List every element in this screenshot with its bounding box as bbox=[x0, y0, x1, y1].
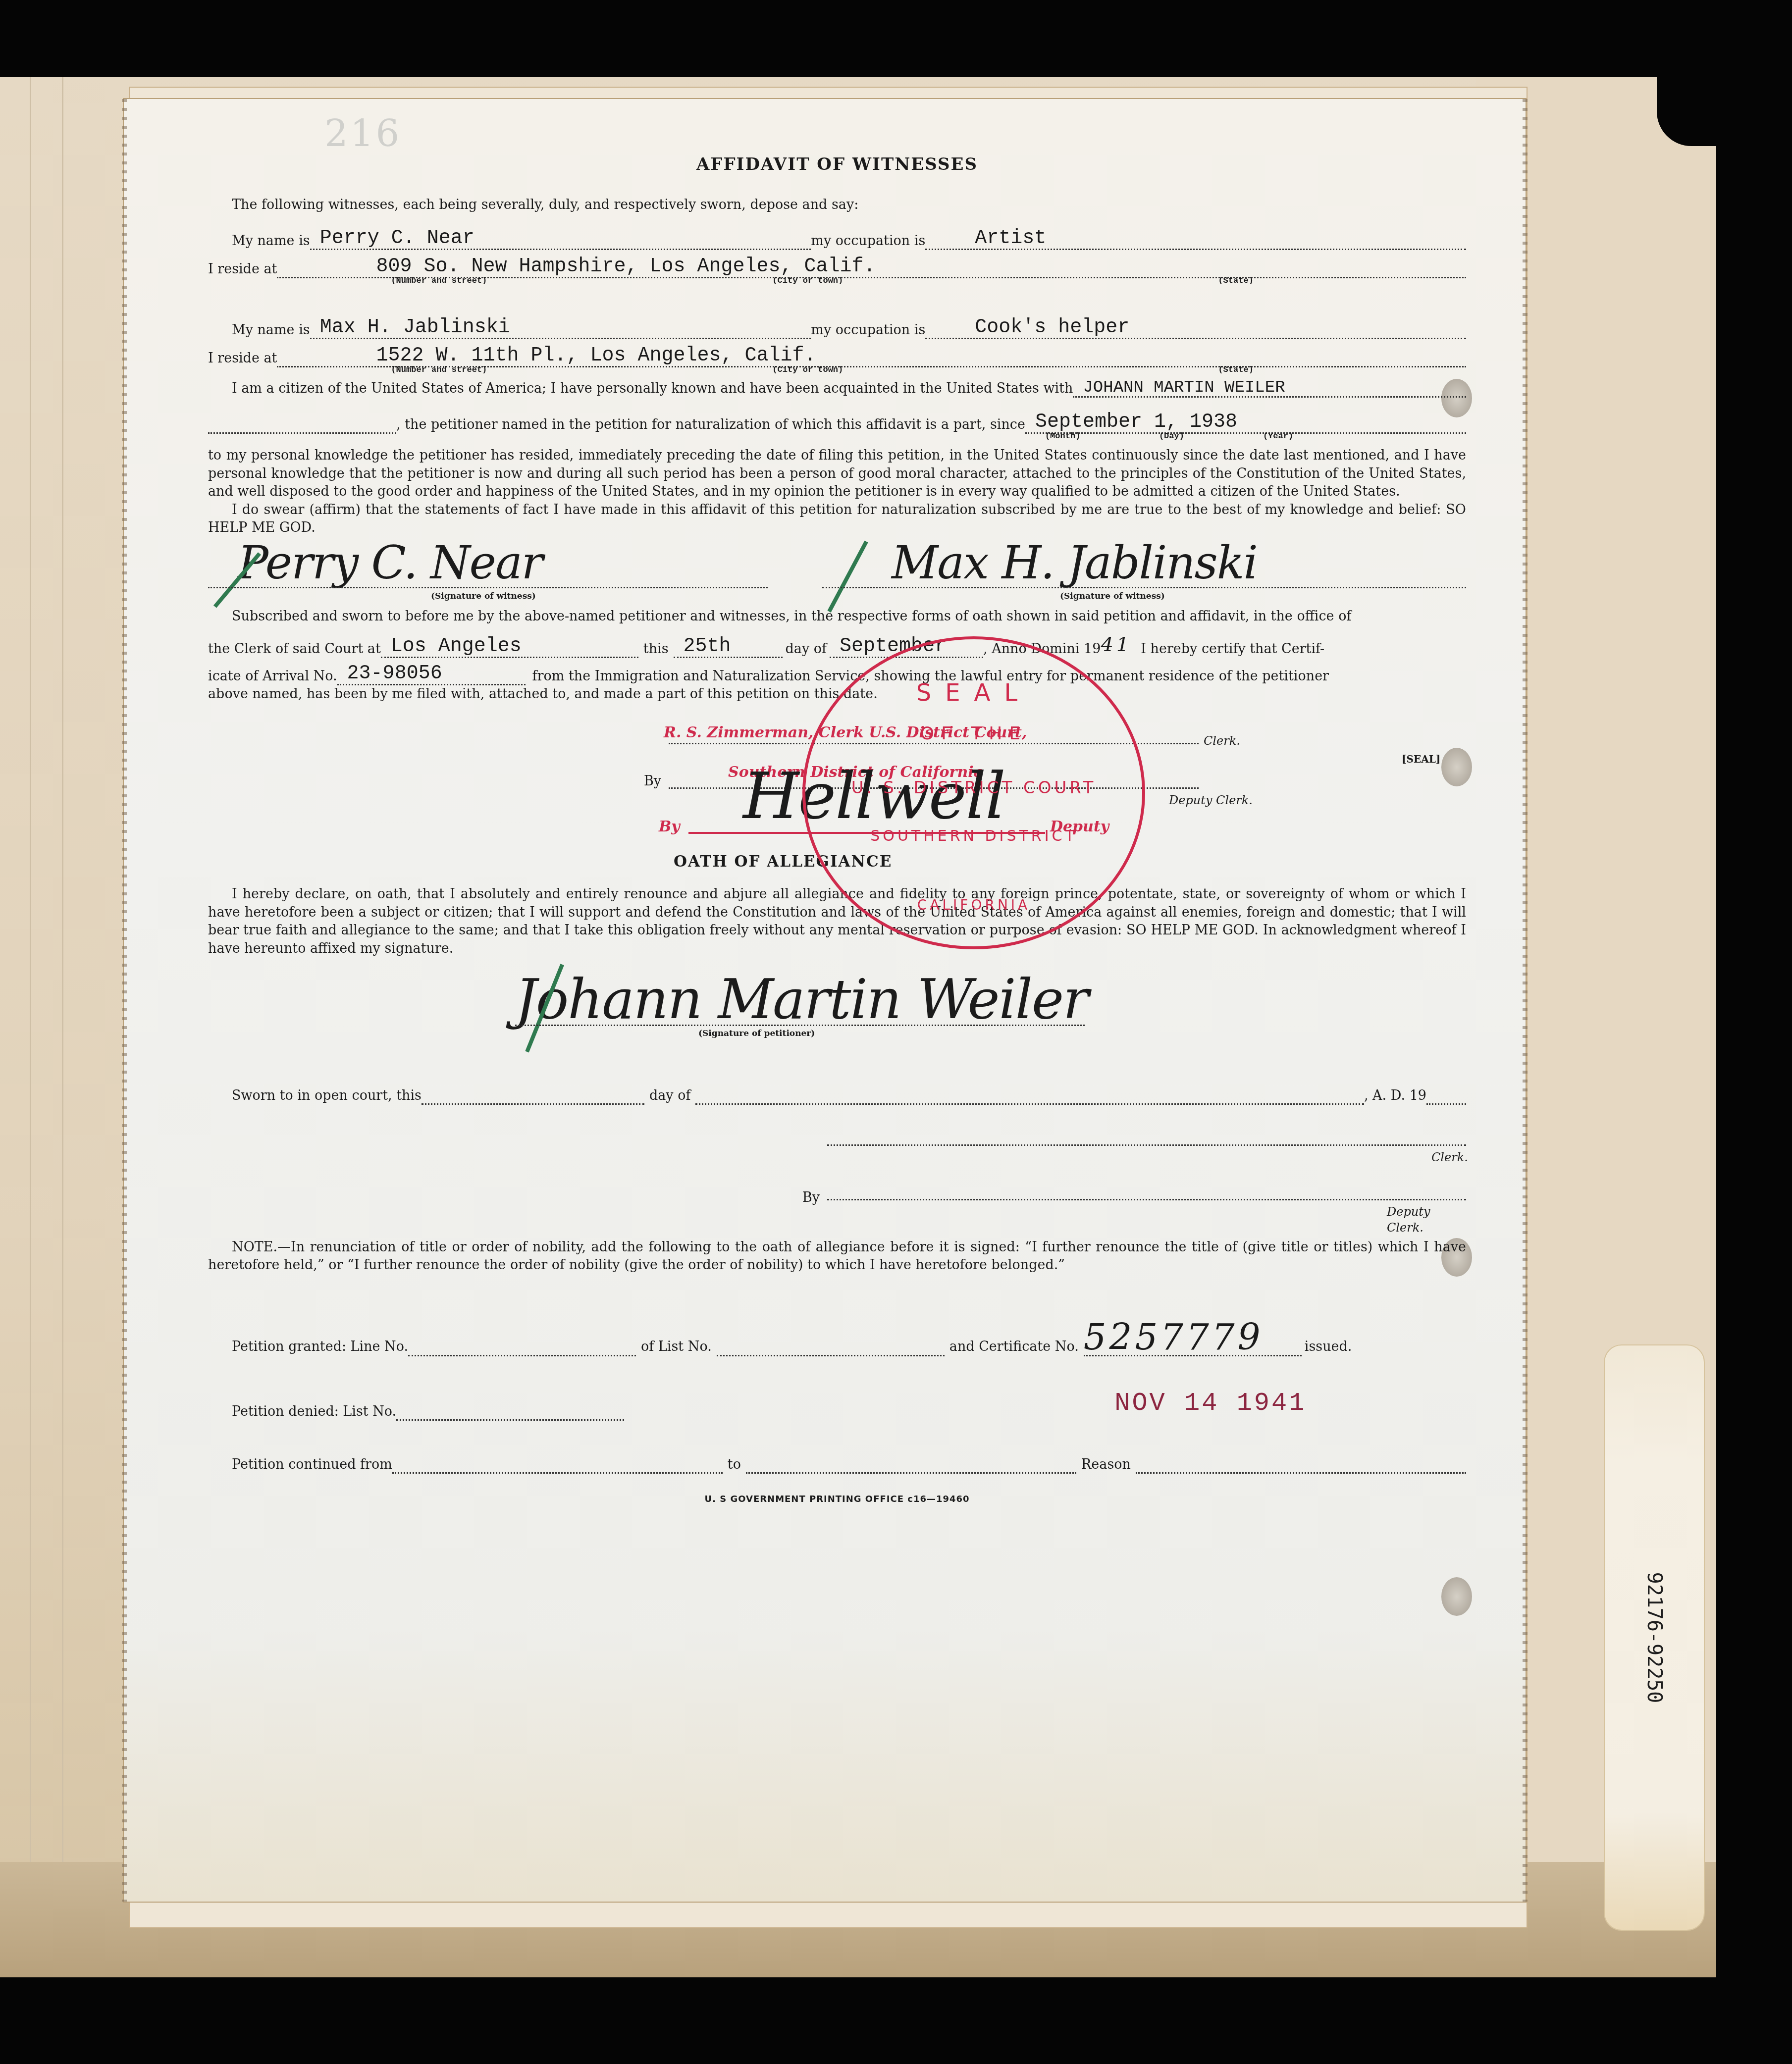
caption-city: (City or town) bbox=[772, 366, 843, 374]
certify-text: I hereby certify that Certif- bbox=[1132, 640, 1324, 658]
naturalization-document: 216 AFFIDAVIT OF WITNESSES The following… bbox=[124, 99, 1526, 1902]
granted-list-field[interactable] bbox=[717, 1338, 945, 1356]
sworn-label: Sworn to in open court, this bbox=[208, 1087, 422, 1105]
sworn-ad-label: , A. D. 19 bbox=[1364, 1087, 1426, 1105]
affidavit-title: AFFIDAVIT OF WITNESSES bbox=[208, 154, 1466, 176]
sworn-deputy-clerk-label: Deputy Clerk. bbox=[1387, 1204, 1466, 1236]
sworn-clerk-block: Clerk. By Deputy Clerk. bbox=[208, 1105, 1466, 1219]
caption-witness-signature: (Signature of witness) bbox=[1060, 591, 1165, 602]
citizen-statement: I am a citizen of the United States of A… bbox=[208, 380, 1073, 398]
gpo-footer: U. S GOVERNMENT PRINTING OFFICE c16—1946… bbox=[208, 1494, 1466, 1505]
date-stamp: NOV 14 1941 bbox=[1114, 1386, 1306, 1421]
blank-field[interactable] bbox=[208, 415, 396, 434]
caption-state: (State) bbox=[1218, 366, 1253, 374]
by-label: By bbox=[644, 773, 661, 790]
clerk-label: Clerk. bbox=[1204, 733, 1240, 749]
caption-petitioner-signature: (Signature of petitioner) bbox=[698, 1028, 815, 1039]
subscribed-statement: Subscribed and sworn to before me by the… bbox=[208, 608, 1466, 625]
folder-crease bbox=[62, 77, 63, 1977]
of-list-label: of List No. bbox=[636, 1338, 717, 1356]
sworn-month-field[interactable] bbox=[695, 1086, 1364, 1105]
note-lead: NOTE. bbox=[232, 1239, 277, 1255]
caption-witness-signature: (Signature of witness) bbox=[431, 591, 536, 602]
continued-label: Petition continued from bbox=[208, 1456, 392, 1474]
caption-number-street: (Number and street) bbox=[391, 277, 487, 285]
certificate-number-field[interactable]: 5257779 bbox=[1084, 1319, 1302, 1356]
witness-2-address-field[interactable]: 1522 W. 11th Pl., Los Angeles, Calif. (N… bbox=[277, 346, 1466, 367]
witness-1-name-row: My name is Perry C. Near my occupation i… bbox=[208, 229, 1466, 250]
petitioner-signature-block: Johann Martin Weiler (Signature of petit… bbox=[208, 958, 1466, 1057]
granted-label: Petition granted: Line No. bbox=[208, 1338, 408, 1356]
reason-label: Reason bbox=[1076, 1456, 1136, 1474]
seal-state: CALIFORNIA bbox=[805, 897, 1142, 913]
witness-1-address-row: I reside at 809 So. New Hampshire, Los A… bbox=[208, 257, 1466, 278]
left-perforation bbox=[122, 99, 127, 1902]
sworn-year-field[interactable] bbox=[1426, 1086, 1466, 1105]
right-perforation bbox=[1523, 99, 1528, 1902]
clerk-at-label: the Clerk of said Court at bbox=[208, 640, 381, 658]
sworn-day-of-label: day of bbox=[644, 1087, 695, 1105]
caption-year: (Year) bbox=[1263, 432, 1293, 441]
witness-signatures: Perry C. Near Max H. Jablinski (Signatur… bbox=[208, 537, 1466, 602]
petitioner-name-field[interactable]: JOHANN MARTIN WEILER bbox=[1073, 379, 1466, 398]
green-check-mark bbox=[827, 540, 868, 612]
witness-2-signature-line bbox=[822, 587, 1466, 588]
court-seal-stamp: SEAL OF THE U. S. DISTRICT COURT SOUTHER… bbox=[802, 636, 1145, 949]
sworn-by-label: By bbox=[802, 1189, 820, 1207]
caption-state: (State) bbox=[1218, 277, 1253, 285]
clerk-at-row: the Clerk of said Court at Los Angeles t… bbox=[208, 631, 1466, 658]
petitioner-named-text: , the petitioner named in the petition f… bbox=[396, 416, 1025, 434]
denied-list-field[interactable] bbox=[396, 1402, 624, 1421]
binder-hole bbox=[1441, 1577, 1472, 1616]
granted-line-field[interactable] bbox=[408, 1338, 636, 1356]
witness-1-name-field[interactable]: Perry C. Near bbox=[310, 229, 811, 250]
since-date-value: September 1, 1938 bbox=[1035, 411, 1237, 433]
certificate-label: and Certificate No. bbox=[945, 1338, 1084, 1356]
continued-to-field[interactable] bbox=[746, 1455, 1076, 1474]
folder-crease bbox=[30, 77, 31, 1977]
seal-district: SOUTHERN DISTRICT bbox=[805, 827, 1142, 845]
court-city-field[interactable]: Los Angeles bbox=[381, 637, 638, 658]
petition-continued-row: Petition continued from to Reason bbox=[208, 1455, 1466, 1474]
occupation-label: my occupation is bbox=[811, 321, 925, 339]
reason-field[interactable] bbox=[1136, 1455, 1466, 1474]
this-label: this bbox=[638, 640, 674, 658]
caption-month: (Month) bbox=[1045, 432, 1080, 441]
nobility-note: NOTE.—In renunciation of title or order … bbox=[208, 1238, 1466, 1275]
deputy-stamp-by: By bbox=[659, 817, 680, 837]
witness-1-address-value: 809 So. New Hampshire, Los Angeles, Cali… bbox=[376, 256, 875, 278]
deputy-clerk-label: Deputy Clerk. bbox=[1169, 792, 1253, 808]
witness-1-signature-line bbox=[208, 587, 768, 588]
caption-number-street: (Number and street) bbox=[391, 366, 487, 374]
witness-1-address-field[interactable]: 809 So. New Hampshire, Los Angeles, Cali… bbox=[277, 257, 1466, 278]
petition-denied-row: Petition denied: List No. NOV 14 1941 bbox=[208, 1386, 1466, 1421]
sworn-clerk-label: Clerk. bbox=[1431, 1149, 1468, 1165]
arrival-label: icate of Arrival No. bbox=[208, 668, 337, 685]
witness-2-name-row: My name is Max H. Jablinski my occupatio… bbox=[208, 318, 1466, 339]
day-of-label: day of bbox=[783, 640, 830, 658]
seal-of-the: OF THE bbox=[805, 723, 1142, 744]
issued-label: issued. bbox=[1302, 1338, 1352, 1356]
caption-day: (Day) bbox=[1159, 432, 1184, 441]
arrival-number-field[interactable]: 23-98056 bbox=[337, 664, 526, 685]
witness-2-address-value: 1522 W. 11th Pl., Los Angeles, Calif. bbox=[376, 345, 816, 367]
reside-label: I reside at bbox=[208, 260, 277, 278]
my-name-label: My name is bbox=[208, 232, 310, 250]
petition-granted-row: Petition granted: Line No. of List No. a… bbox=[208, 1319, 1466, 1356]
year-field[interactable]: 41 bbox=[1101, 631, 1132, 658]
witness-2-occupation-field[interactable]: Cook's helper bbox=[925, 318, 1466, 339]
day-field[interactable]: 25th bbox=[674, 637, 783, 658]
sworn-row: Sworn to in open court, this day of , A.… bbox=[208, 1086, 1466, 1105]
occupation-label: my occupation is bbox=[811, 232, 925, 250]
witness-2-address-row: I reside at 1522 W. 11th Pl., Los Angele… bbox=[208, 346, 1466, 367]
my-name-label: My name is bbox=[208, 321, 310, 339]
seal-word: SEAL bbox=[805, 679, 1142, 707]
since-date-field[interactable]: September 1, 1938 (Month) (Day) (Year) bbox=[1025, 413, 1466, 434]
folder-label: 92176-92250 bbox=[1604, 1344, 1705, 1931]
sworn-clerk-line bbox=[827, 1144, 1466, 1146]
sworn-deputy-line bbox=[827, 1199, 1466, 1200]
seal-label: [SEAL] bbox=[1402, 753, 1440, 766]
acquainted-row: I am a citizen of the United States of A… bbox=[208, 379, 1466, 398]
affidavit-intro: The following witnesses, each being seve… bbox=[208, 196, 1466, 214]
denied-label: Petition denied: List No. bbox=[208, 1403, 396, 1421]
caption-city: (City or town) bbox=[772, 277, 843, 285]
witness-2-name-field[interactable]: Max H. Jablinski bbox=[310, 318, 811, 339]
seal-court: U. S. DISTRICT COURT bbox=[805, 778, 1142, 798]
folder-label-number: 92176-92250 bbox=[1643, 1572, 1666, 1703]
witness-1-occupation-field[interactable]: Artist bbox=[925, 229, 1466, 250]
knowledge-statement: to my personal knowledge the petitioner … bbox=[208, 447, 1466, 501]
to-label: to bbox=[723, 1456, 746, 1474]
sworn-day-field[interactable] bbox=[422, 1086, 644, 1105]
witness-1-signature: Perry C. Near bbox=[238, 532, 542, 594]
reside-label: I reside at bbox=[208, 350, 277, 367]
since-row: , the petitioner named in the petition f… bbox=[208, 413, 1466, 434]
petitioner-signature-line bbox=[515, 1025, 1085, 1026]
witness-2-signature: Max H. Jablinski bbox=[892, 532, 1257, 594]
continued-from-field[interactable] bbox=[392, 1455, 723, 1474]
note-text: —In renunciation of title or order of no… bbox=[208, 1239, 1466, 1273]
